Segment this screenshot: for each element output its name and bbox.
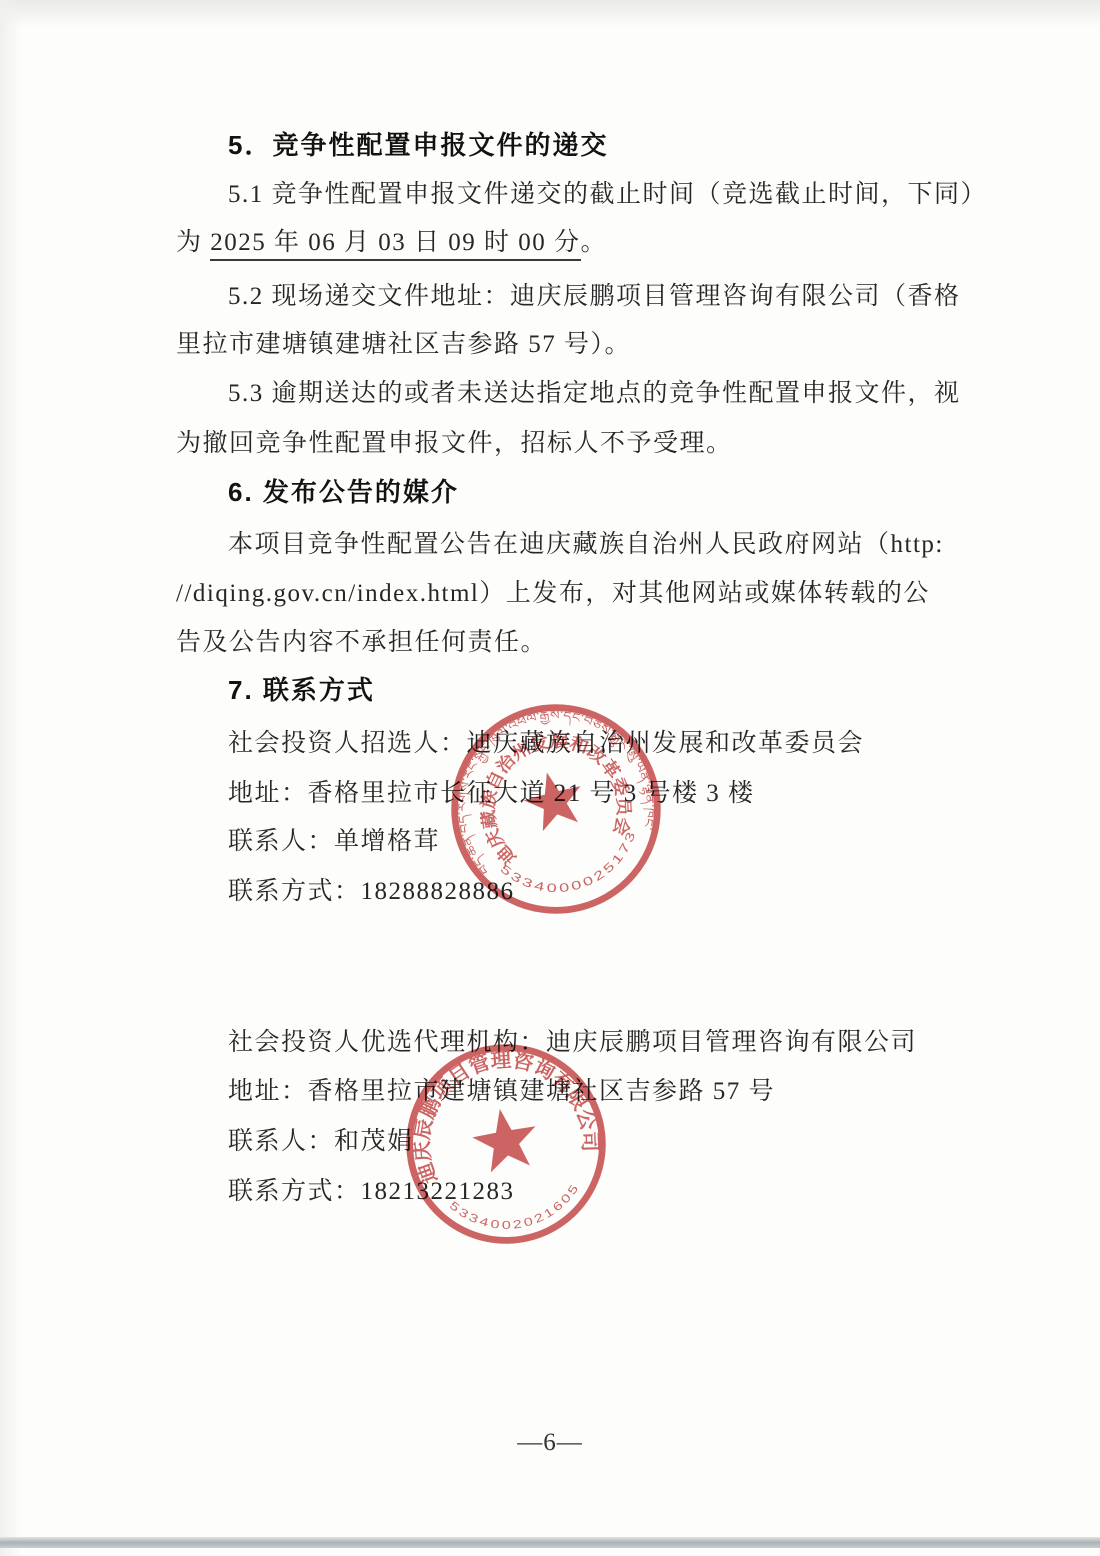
seal-1-code-text: 5334000025173	[495, 825, 650, 911]
clause-5-2-line-2: 里拉市建塘镇建塘社区吉参路 57 号）。	[176, 320, 631, 370]
seal-2-org-arc-text: 迪庆辰鹏项目管理咨询有限公司	[394, 1032, 605, 1187]
scan-edge-bottom	[0, 1537, 1100, 1548]
page-number: —6—	[0, 1418, 1100, 1468]
star-icon	[468, 1103, 542, 1174]
official-seal-agency-company: 迪庆辰鹏项目管理咨询有限公司 5334002021605	[383, 1021, 629, 1267]
section-6-paragraph-line-2: //diqing.gov.cn/index.html）上发布，对其他网站或媒体转…	[176, 569, 930, 619]
scan-edge-left	[0, 0, 22, 1556]
selector-contact-person-line: 联系人：单增格茸	[228, 817, 440, 867]
scan-edge-top	[0, 0, 1100, 28]
clause-5-1-line-1: 5.1 竞争性配置申报文件递交的截止时间（竞选截止时间，下同）	[228, 170, 987, 220]
section-6-paragraph-line-3: 告及公告内容不承担任何责任。	[176, 618, 547, 668]
deadline-prefix: 为	[176, 229, 210, 256]
agency-contact-person-line: 联系人：和茂娟	[228, 1117, 414, 1167]
section-6-paragraph-line-1: 本项目竞争性配置公告在迪庆藏族自治州人民政府网站（http:	[228, 520, 944, 570]
scanned-document-page: 5．竞争性配置申报文件的递交 5.1 竞争性配置申报文件递交的截止时间（竞选截止…	[0, 0, 1100, 1556]
clause-5-3-line-1: 5.3 逾期送达的或者未送达指定地点的竞争性配置申报文件，视	[228, 369, 961, 419]
clause-5-2-line-1: 5.2 现场递交文件地址：迪庆辰鹏项目管理咨询有限公司（香格	[228, 272, 961, 322]
clause-5-1-line-2: 为 2025 年 06 月 03 日 09 时 00 分。	[176, 218, 607, 268]
section-6-heading: 6. 发布公告的媒介	[228, 467, 459, 517]
star-icon	[518, 765, 588, 833]
seal-2-graphic: 迪庆辰鹏项目管理咨询有限公司 5334002021605	[383, 1021, 629, 1267]
deadline-date-underlined: 2025 年 06 月 03 日 09 时 00 分	[210, 229, 580, 261]
section-7-heading: 7. 联系方式	[228, 665, 375, 715]
section-5-heading: 5．竞争性配置申报文件的递交	[228, 120, 608, 170]
deadline-suffix: 。	[581, 229, 608, 256]
clause-5-3-line-2: 为撤回竞争性配置申报文件，招标人不予受理。	[176, 419, 733, 469]
